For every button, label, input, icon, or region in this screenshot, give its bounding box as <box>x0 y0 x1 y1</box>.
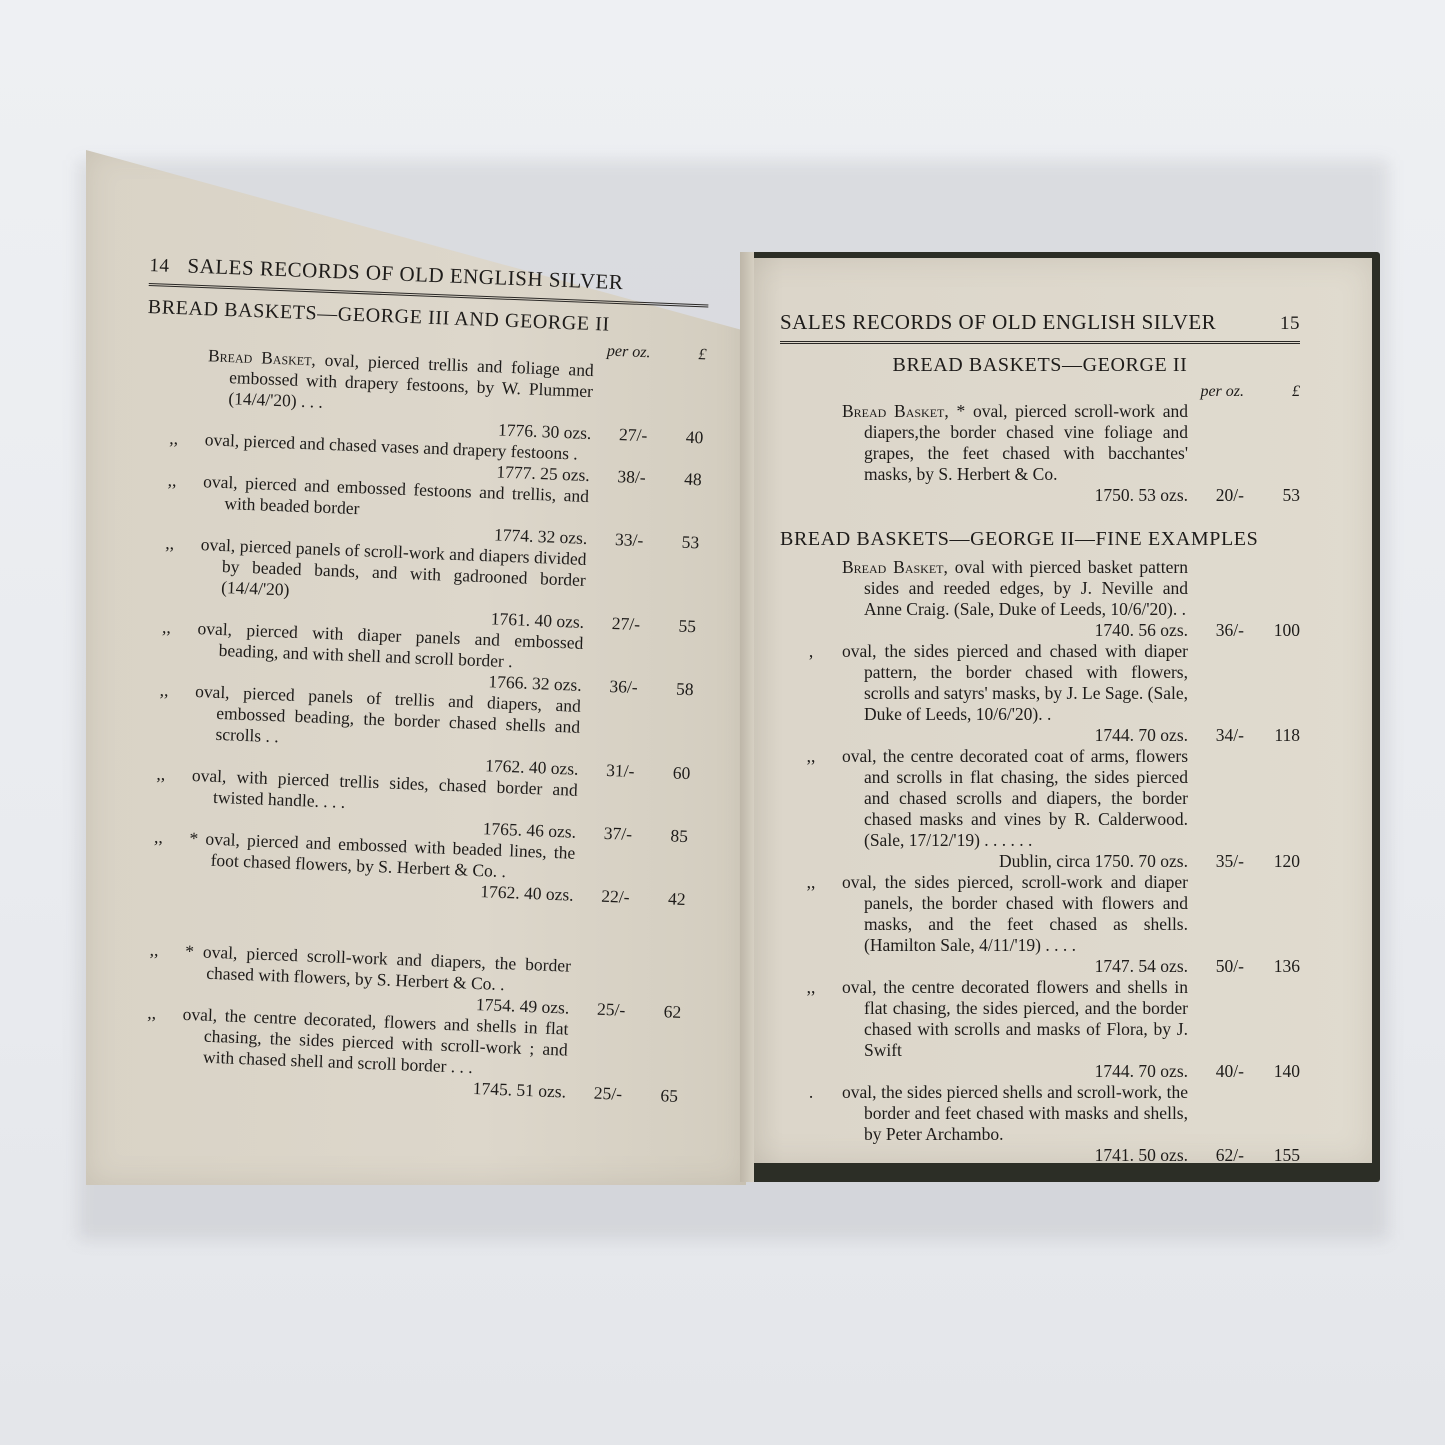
list-item: ,,oval, the centre decorated flowers and… <box>780 977 1300 1082</box>
entry-rate: 33/- <box>587 528 644 551</box>
entry-text: oval, the centre decorated coat of arms,… <box>842 746 1188 850</box>
entry-date-weight: Dublin, circa 1750. 70 ozs. <box>864 851 1188 872</box>
entry-rate: 38/- <box>589 465 646 488</box>
entry-rate: 37/- <box>576 822 633 845</box>
entry-price: 60 <box>634 761 691 784</box>
entry-price: 42 <box>629 887 686 910</box>
entry-price: 53 <box>643 530 700 553</box>
list-item: ,,oval, the centre decorated coat of arm… <box>780 746 1300 872</box>
entry-rate: 50/- <box>1188 956 1244 977</box>
entry-price: 100 <box>1244 620 1300 641</box>
entry-list: Bread Basket, oval, pierced trellis and … <box>118 343 706 1107</box>
entry-price: 120 <box>1244 851 1300 872</box>
entry-rate: 27/- <box>584 612 641 635</box>
ditto-mark: ,, <box>780 746 842 872</box>
entry-rate: 22/- <box>573 885 630 908</box>
entry-rate: 25/- <box>569 998 626 1021</box>
entry-lead: Bread Basket, <box>842 401 949 421</box>
ditto-mark <box>780 401 842 506</box>
ditto-mark <box>780 557 842 641</box>
ditto-mark: ,, <box>130 679 195 765</box>
ditto-mark: ,, <box>128 763 192 828</box>
ditto-mark: ,, <box>142 427 206 471</box>
entry-date-weight: 1747. 54 ozs. <box>864 956 1188 977</box>
entry-price: 140 <box>1244 1061 1300 1082</box>
col-rate: per oz. <box>1188 383 1244 401</box>
entry-date-weight: 1750. 53 ozs. <box>864 485 1188 506</box>
ditto-mark: ,, <box>136 532 201 618</box>
section-title: BREAD BASKETS—GEORGE II <box>780 354 1300 377</box>
entry-price: 85 <box>632 824 689 847</box>
ditto-mark <box>143 343 208 429</box>
entry-text: oval, the sides pierced, scroll-work and… <box>842 872 1188 955</box>
entry-rate: 36/- <box>581 675 638 698</box>
entry-description: oval, pierced panels of scroll-work and … <box>198 534 587 633</box>
entry-rate: 20/- <box>1188 485 1244 506</box>
entry-description: oval, the sides pierced, scroll-work and… <box>842 872 1188 977</box>
ditto-mark: ,, <box>121 938 185 1003</box>
entry-price: 62 <box>625 1000 682 1023</box>
entry-price: 118 <box>1244 725 1300 746</box>
entry-price: 55 <box>640 614 697 637</box>
entry-price: 53 <box>1244 485 1300 506</box>
entry-text: oval, the centre decorated flowers and s… <box>842 977 1188 1060</box>
entry-rate: 27/- <box>591 423 648 446</box>
entry-price: 155 <box>1244 1145 1300 1166</box>
entry-price: 48 <box>645 467 702 490</box>
entry-description: Bread Basket, oval with pierced basket p… <box>842 557 1188 641</box>
list-item: Bread Basket, oval with pierced basket p… <box>780 557 1300 641</box>
section-title: BREAD BASKETS—GEORGE II—FINE EXAMPLES <box>780 528 1300 551</box>
col-rate: per oz. <box>594 342 651 362</box>
entry-rate: 35/- <box>1188 851 1244 872</box>
entry-price: 65 <box>622 1084 679 1107</box>
ditto-mark: ,, <box>780 872 842 977</box>
entry-description: oval, pierced panels of trellis and diap… <box>192 681 581 780</box>
section-list: BREAD BASKETS—GEORGE IIper oz.£Bread Bas… <box>780 354 1300 1166</box>
entry-rate: 31/- <box>578 759 635 782</box>
ditto-mark: ,, <box>126 826 190 891</box>
ditto-mark: ,, <box>780 977 842 1082</box>
entry-lead: Bread Basket, <box>842 557 948 577</box>
entry-price: 136 <box>1244 956 1300 977</box>
list-item: ,oval, the sides pierced and chased with… <box>780 641 1300 746</box>
page-number: 14 <box>149 255 170 278</box>
entry-date-weight: 1740. 56 ozs. <box>864 620 1188 641</box>
entry-date-weight: 1741. 50 ozs. <box>864 1145 1188 1166</box>
col-price: £ <box>1244 383 1300 401</box>
entry-lead: Bread Basket, <box>208 345 317 369</box>
running-head: SALES RECORDS OF OLD ENGLISH SILVER 15 <box>780 310 1300 335</box>
column-headers: per oz.£ <box>780 383 1300 401</box>
entry-description: oval, the centre decorated, flowers and … <box>180 1004 569 1103</box>
running-head-title: SALES RECORDS OF OLD ENGLISH SILVER <box>780 310 1216 335</box>
ditto-mark: . <box>780 1082 842 1166</box>
left-page-text: 14 SALES RECORDS OF OLD ENGLISH SILVER B… <box>118 252 710 1107</box>
entry-price: 40 <box>647 425 704 448</box>
entry-description: oval, the centre decorated coat of arms,… <box>842 746 1188 872</box>
ditto-mark: , <box>780 641 842 746</box>
entry-description: oval, the sides pierced and chased with … <box>842 641 1188 746</box>
list-item: .oval, the sides pierced shells and scro… <box>780 1082 1300 1166</box>
book-gutter <box>740 252 754 1182</box>
entry-rate: 62/- <box>1188 1145 1244 1166</box>
col-price: £ <box>650 344 707 364</box>
ditto-mark: ,, <box>134 616 198 681</box>
entry-rate: 25/- <box>566 1082 623 1105</box>
ditto-mark: ,, <box>118 1001 183 1087</box>
right-page-text: SALES RECORDS OF OLD ENGLISH SILVER 15 B… <box>780 310 1300 1166</box>
entry-description: Bread Basket, * oval, pierced scroll-wor… <box>842 401 1188 506</box>
page-number: 15 <box>1280 313 1300 335</box>
entry-price: 58 <box>637 677 694 700</box>
list-item: ,,oval, the sides pierced, scroll-work a… <box>780 872 1300 977</box>
entry-text: oval, the sides pierced and chased with … <box>842 641 1188 724</box>
entry-description: oval, the centre decorated flowers and s… <box>842 977 1188 1082</box>
entry-text: oval, the sides pierced shells and scrol… <box>842 1082 1188 1144</box>
entry-date-weight: 1744. 70 ozs. <box>864 1061 1188 1082</box>
entry-rate: 34/- <box>1188 725 1244 746</box>
list-item: Bread Basket, * oval, pierced scroll-wor… <box>780 401 1300 506</box>
ditto-mark: ,, <box>139 469 203 534</box>
entry-description: oval, the sides pierced shells and scrol… <box>842 1082 1188 1166</box>
entry-rate: 36/- <box>1188 620 1244 641</box>
header-rule <box>780 341 1300 344</box>
entry-description: Bread Basket, oval, pierced trellis and … <box>205 345 594 444</box>
entry-date-weight: 1744. 70 ozs. <box>864 725 1188 746</box>
entry-rate: 40/- <box>1188 1061 1244 1082</box>
